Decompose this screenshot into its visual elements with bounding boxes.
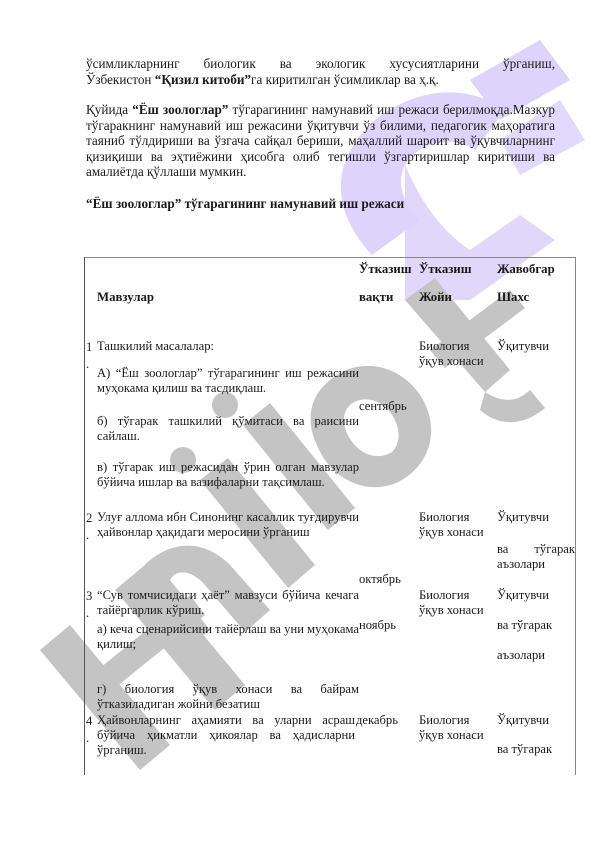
- row-2-title: Улуғ аллома ибн Синонинг касаллик туғдир…: [97, 510, 359, 540]
- header-time-line2: вақти: [359, 290, 393, 305]
- row-1-item-b: б) тўгарак ташкилий қўмитаси ва раисини …: [97, 414, 359, 444]
- row-1-item-a: А) “Ёш зоологлар” тўгарагининг иш режаси…: [97, 366, 359, 396]
- intro-line-1: ўсимликларнинг биологик ва экологик хусу…: [86, 56, 555, 72]
- row-1-item-v: в) тўгарак иш режасидан ўрин олган мавзу…: [97, 460, 359, 490]
- row-2-place: Биология ўқув хонаси: [419, 510, 495, 540]
- header-time-line1: Ўтказиш: [359, 262, 412, 277]
- row-3-time: ноябрь: [359, 618, 396, 633]
- row-4-title: Ҳайвонларнинг аҳамияти ва уларни асраш б…: [97, 713, 355, 759]
- row-number: 1: [86, 339, 96, 356]
- paragraph-prefix: Қуйида: [86, 102, 132, 117]
- row-3-item-g: г) биология ўқув хонаси ва байрам ўткази…: [97, 682, 359, 712]
- header-resp-line1: Жавобгар: [497, 262, 555, 277]
- intro-paragraph: ўсимликларнинг биологик ва экологик хусу…: [86, 56, 555, 87]
- row-3-resp-3: аъзолари: [497, 648, 575, 663]
- intro-line-2: Ўзбекистон “Қизил китоби”га киритилган ў…: [86, 72, 555, 88]
- row-3-title: “Сув томчисидаги ҳаёт” мавзуси бўйича ке…: [97, 588, 359, 618]
- row-number-dot: .: [86, 527, 96, 544]
- row-1-time: сентябрь: [359, 399, 407, 414]
- row-number: 4: [86, 713, 96, 730]
- row-4-time: декабрь: [356, 713, 398, 728]
- row-1-title: Ташкилий масалалар:: [97, 339, 359, 354]
- club-name: “Ёш зоологлар”: [132, 102, 228, 117]
- header-resp-line2: Шахс: [497, 290, 529, 305]
- row-4-place: Биология ўқув хонаси: [419, 713, 495, 743]
- row-2-time: октябрь: [359, 572, 401, 587]
- row-3-place: Биология ўқув хонаси: [419, 588, 495, 618]
- row-3-resp-1: Ўқитувчи: [497, 588, 575, 603]
- red-book-title: “Қизил китоби”: [155, 72, 251, 87]
- intro-text-suffix: га киритилган ўсимликлар ва ҳ.қ.: [251, 72, 439, 87]
- row-1-place: Биология ўқув хонаси: [419, 339, 495, 369]
- header-topics: Мавзулар: [97, 290, 154, 305]
- section-title: “Ёш зоологлар” тўгарагининг намунавий иш…: [86, 196, 555, 212]
- row-number: 2: [86, 510, 96, 527]
- row-1-number: 1.: [86, 339, 96, 373]
- row-number-dot: .: [86, 730, 96, 747]
- document-page: ўсимликларнинг биологик ва экологик хусу…: [0, 0, 596, 842]
- row-number-dot: .: [86, 356, 96, 373]
- row-4-resp-2: ва тўгарак: [497, 742, 575, 757]
- row-3-resp-2: ва тўгарак: [497, 618, 575, 633]
- description-paragraph: Қуйида “Ёш зоологлар” тўгарагининг намун…: [86, 102, 555, 180]
- row-2-resp-2: ва тўгарак аъзолари: [497, 542, 575, 572]
- header-place-line2: Жойи: [419, 290, 452, 305]
- row-number: 3: [86, 588, 96, 605]
- row-2-number: 2.: [86, 510, 96, 544]
- row-1-resp-1: Ўқитувчи: [497, 339, 575, 354]
- row-4-number: 4.: [86, 713, 96, 747]
- header-place-line1: Ўтказиш: [419, 262, 472, 277]
- row-2-resp-1: Ўқитувчи: [497, 510, 575, 525]
- row-3-number: 3.: [86, 588, 96, 622]
- row-3-item-a: а) кеча сценарийсини тайёрлаш ва уни муҳ…: [97, 622, 359, 652]
- row-number-dot: .: [86, 605, 96, 622]
- intro-text: Ўзбекистон: [86, 72, 155, 87]
- row-4-resp-1: Ўқитувчи: [497, 713, 575, 728]
